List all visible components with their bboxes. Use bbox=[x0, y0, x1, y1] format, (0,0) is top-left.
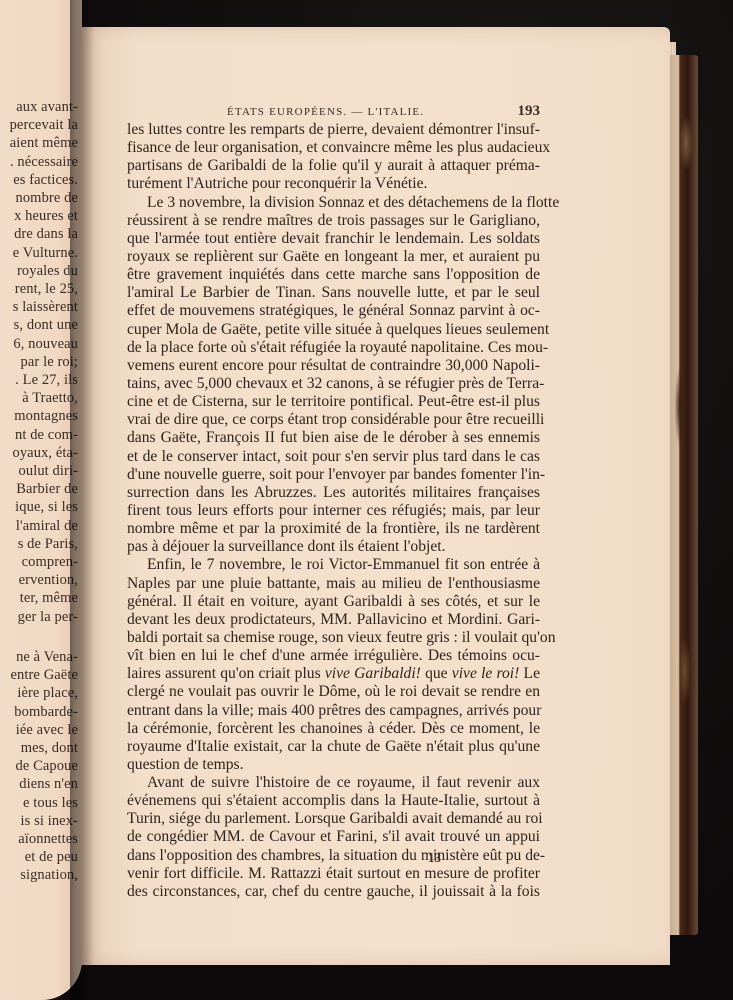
text-line: général. Il était en voiture, ayant Gari… bbox=[127, 593, 540, 611]
text-line: et de le conserver intact, soit pour s'e… bbox=[127, 448, 540, 466]
text-line: l'amiral Le Barbier de Tinan. Sans nouve… bbox=[127, 284, 540, 302]
text-line: royaume d'Italie existait, car la chute … bbox=[127, 738, 540, 756]
body-text: les luttes contre les remparts de pierre… bbox=[127, 121, 540, 901]
left-page-line: aux avant- bbox=[10, 98, 78, 116]
left-page-line: royales du bbox=[10, 262, 78, 280]
left-page-line: ne à Vena- bbox=[10, 648, 78, 666]
text-line: les luttes contre les remparts de pierre… bbox=[127, 121, 540, 139]
gutter-shadow bbox=[70, 0, 94, 1000]
left-page-line: diens n'en bbox=[10, 775, 78, 793]
text-line: fisance de leur organisation, et convain… bbox=[127, 139, 540, 157]
italic-phrase: vive le roi! bbox=[452, 665, 520, 682]
left-page-line: montagnes bbox=[10, 407, 78, 425]
text-line: de congédier MM. de Cavour et Farini, s'… bbox=[127, 828, 540, 846]
left-page-line: s de Paris, bbox=[10, 535, 78, 553]
left-page-line: ière place, bbox=[10, 684, 78, 702]
running-title: ÉTATS EUROPÉENS. — L'ITALIE. bbox=[227, 106, 424, 118]
text-line: Naples par une pluie battante, mais au m… bbox=[127, 575, 540, 593]
left-page-line: ger la per- bbox=[10, 608, 78, 626]
left-page-line: l'amiral de bbox=[10, 517, 78, 535]
text-fragment: que bbox=[421, 665, 452, 682]
left-page-line: de Capoue bbox=[10, 757, 78, 775]
left-page-line: is si inex- bbox=[10, 812, 78, 830]
text-line: pas à déjouer la surveillance dont ils é… bbox=[127, 538, 540, 556]
left-page-line: rent, le 25, bbox=[10, 280, 78, 298]
left-page-line: nombre de bbox=[10, 189, 78, 207]
running-head: ÉTATS EUROPÉENS. — L'ITALIE. 193 bbox=[127, 103, 540, 120]
left-page-line: s, dont une bbox=[10, 316, 78, 334]
left-page-line: et de peu bbox=[10, 848, 78, 866]
left-page-line: e tous les bbox=[10, 794, 78, 812]
text-line: surrection dans les Abruzzes. Les autori… bbox=[127, 484, 540, 502]
text-line: question de temps. bbox=[127, 756, 540, 774]
text-line: baldi portait sa chemise rouge, son vieu… bbox=[127, 629, 540, 647]
left-page-line: à Traetto, bbox=[10, 389, 78, 407]
text-line: dans l'opposition des chambres, la situa… bbox=[127, 847, 540, 865]
text-fragment: laires assurent qu'on criait plus bbox=[127, 665, 325, 682]
left-page-line: iée avec le bbox=[10, 721, 78, 739]
left-page-line: dre dans la bbox=[10, 225, 78, 243]
text-line: royaux se replièrent sur Gaëte en longea… bbox=[127, 248, 540, 266]
text-line: cine et de Cisterna, sur le territoire p… bbox=[127, 393, 540, 411]
text-line: effet de mouvemens stratégiques, le géné… bbox=[127, 302, 540, 320]
text-line: devant les deux prodictateurs, MM. Palla… bbox=[127, 611, 540, 629]
left-page-line: es factices. bbox=[10, 171, 78, 189]
left-page-line: aïonnettes bbox=[10, 830, 78, 848]
left-page-line: oulut diri- bbox=[10, 462, 78, 480]
text-line: Avant de suivre l'histoire de ce royaume… bbox=[127, 774, 540, 792]
text-line: que l'armée tout entière devait franchir… bbox=[127, 230, 540, 248]
text-line: événemens qui s'étaient accomplis dans l… bbox=[127, 792, 540, 810]
text-line: nombre même et par la proximité de la fr… bbox=[127, 520, 540, 538]
left-page-line: aient même bbox=[10, 134, 78, 152]
left-page-text: aux avant-percevait laaient même. nécess… bbox=[10, 98, 78, 885]
book-binding bbox=[668, 55, 698, 935]
left-page-line: x heures et bbox=[10, 207, 78, 225]
text-line: tains, avec 5,000 chevaux et 32 canons, … bbox=[127, 375, 540, 393]
text-fragment: Le bbox=[519, 665, 540, 682]
left-page-line: nt de com- bbox=[10, 426, 78, 444]
text-line: Turin, siége du parlement. Lorsque Garib… bbox=[127, 810, 540, 828]
text-line: être gravement inquiétés dans cette marc… bbox=[127, 266, 540, 284]
left-page-line: percevait la bbox=[10, 116, 78, 134]
left-page-line: compren- bbox=[10, 553, 78, 571]
text-line: vrai de dire que, ce corps étant trop co… bbox=[127, 411, 540, 429]
italic-phrase: vive Garibaldi! bbox=[325, 665, 421, 682]
left-page-line: Barbier de bbox=[10, 480, 78, 498]
text-line: partisans de Garibaldi de la folie qu'il… bbox=[127, 157, 540, 175]
left-page-line: . nécessaire bbox=[10, 153, 78, 171]
left-page-line: e Vulturne. bbox=[10, 244, 78, 262]
left-page-line: . Le 27, ils bbox=[10, 371, 78, 389]
signature-mark: 13 bbox=[428, 850, 441, 866]
left-page-line: 6, nouveau bbox=[10, 335, 78, 353]
text-line: de la place forte où s'était réfugiée la… bbox=[127, 339, 540, 357]
left-page-line: oyaux, éta- bbox=[10, 444, 78, 462]
left-page-line: signation, bbox=[10, 866, 78, 884]
text-line: Enfin, le 7 novembre, le roi Victor-Emma… bbox=[127, 556, 540, 574]
text-line: vît bien en lui le chef d'une armée irré… bbox=[127, 647, 540, 665]
left-page-line: s laissèrent bbox=[10, 298, 78, 316]
left-page-line: ter, même bbox=[10, 589, 78, 607]
text-line: cuper Mola de Gaëte, petite ville située… bbox=[127, 321, 540, 339]
text-line: réussirent à se rendre maîtres de trois … bbox=[127, 212, 540, 230]
left-page-line: ique, si les bbox=[10, 498, 78, 516]
text-line: venir fort difficile. M. Rattazzi était … bbox=[127, 865, 540, 883]
page-number: 193 bbox=[518, 103, 541, 120]
text-line: des circonstances, car, chef du centre g… bbox=[127, 883, 540, 901]
text-line: laires assurent qu'on criait plus vive G… bbox=[127, 665, 540, 683]
text-line: dans Gaëte, François II fut bien aise de… bbox=[127, 429, 540, 447]
left-page-line: entre Gaëte bbox=[10, 666, 78, 684]
left-page-line: bombarde- bbox=[10, 703, 78, 721]
left-page-line: ervention, bbox=[10, 571, 78, 589]
text-line: vemens eurent encore pour résultat de co… bbox=[127, 357, 540, 375]
text-line: entrant dans la ville; mais 400 prêtres … bbox=[127, 702, 540, 720]
text-line: d'une nouvelle guerre, soit pour l'envoy… bbox=[127, 466, 540, 484]
text-line: Le 3 novembre, la division Sonnaz et des… bbox=[127, 194, 540, 212]
left-page-line: par le roi; bbox=[10, 353, 78, 371]
left-page-line: mes, dont bbox=[10, 739, 78, 757]
text-line: clergé ne voulait pas ouvrir le Dôme, où… bbox=[127, 683, 540, 701]
text-line: turément l'Autriche pour reconquérir la … bbox=[127, 175, 540, 193]
text-line: firent tous leurs efforts pour interner … bbox=[127, 502, 540, 520]
text-line: la cérémonie, forcèrent les chanoines à … bbox=[127, 720, 540, 738]
